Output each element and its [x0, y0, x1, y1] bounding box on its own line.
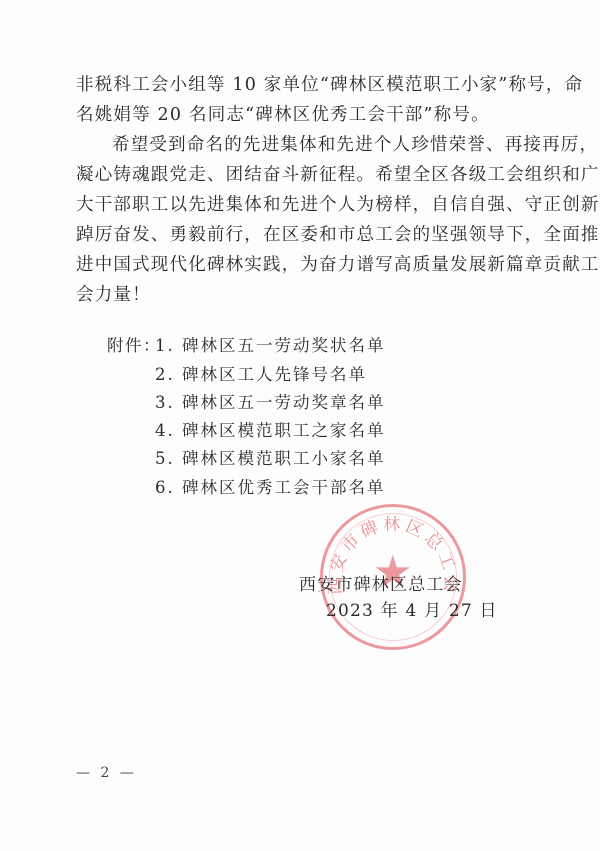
paragraph-2-line-5: 进中国式现代化碑林实践，为奋力谱写高质量发展新篇章贡献工: [76, 254, 600, 276]
page-number: — 2 —: [76, 765, 137, 781]
paragraph-2-line-3: 大干部职工以先进集体和先进个人为榜样，自信自强、守正创新、: [76, 194, 600, 216]
paragraph-1-line-2: 名姚娟等 20 名同志“碑林区优秀工会干部”称号。: [76, 104, 490, 126]
attachment-item-3: 3. 碑林区五一劳动奖章名单: [155, 389, 386, 413]
issuing-organization: 西安市碑林区总工会: [299, 570, 463, 595]
paragraph-2-line-2: 凝心铸魂跟党走、团结奋斗新征程。希望全区各级工会组织和广: [76, 164, 600, 186]
paragraph-2-line-1: 希望受到命名的先进集体和先进个人珍惜荣誉、再接再厉，: [112, 134, 598, 156]
attachment-item-2: 2. 碑林区工人先锋号名单: [155, 361, 367, 385]
paragraph-2-line-4: 踔厉奋发、勇毅前行，在区委和市总工会的坚强领导下，全面推: [76, 224, 600, 246]
paragraph-1-line-1: 非税科工会小组等 10 家单位“碑林区模范职工小家”称号，命: [76, 74, 583, 96]
attachment-item-1: 1. 碑林区五一劳动奖状名单: [155, 332, 386, 356]
attachment-item-6: 6. 碑林区优秀工会干部名单: [155, 474, 386, 498]
issue-date: 2023 年 4 月 27 日: [326, 596, 498, 621]
attachment-item-5: 5. 碑林区模范职工小家名单: [155, 445, 386, 469]
attachment-item-4: 4. 碑林区模范职工之家名单: [155, 417, 386, 441]
attachments-label: 附件：: [107, 332, 161, 356]
paragraph-2-line-6: 会力量！: [76, 284, 151, 306]
document-page: 非税科工会小组等 10 家单位“碑林区模范职工小家”称号，命 名姚娟等 20 名…: [0, 0, 600, 851]
